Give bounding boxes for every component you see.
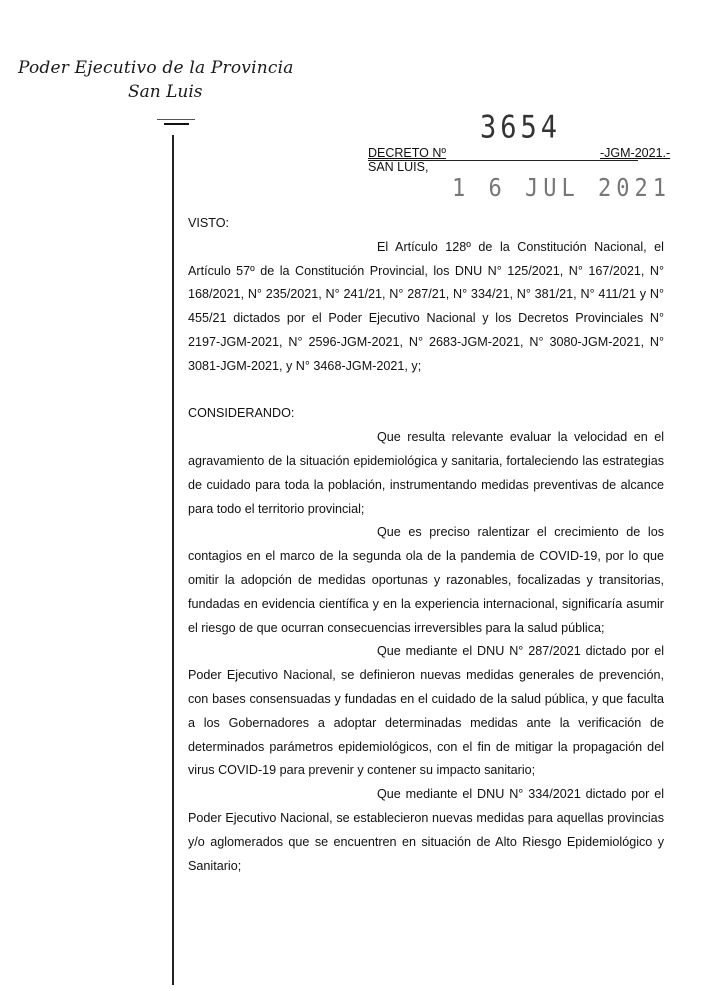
decree-suffix: -JGM-2021.-: [600, 146, 670, 160]
letterhead-subtitle: San Luis: [128, 82, 203, 102]
spacer: [188, 379, 664, 403]
visto-heading: VISTO:: [188, 212, 664, 236]
letterhead-rule: [157, 119, 195, 120]
date-stamp: 1 6 JUL 2021: [452, 174, 671, 203]
decree-number-stamp: 3654: [480, 110, 561, 146]
visto-paragraph: El Artículo 128º de la Constitución Naci…: [188, 236, 664, 379]
considerando-paragraph: Que mediante el DNU N° 334/2021 dictado …: [188, 783, 664, 878]
considerando-paragraph: Que resulta relevante evaluar la velocid…: [188, 426, 664, 521]
considerando-heading: CONSIDERANDO:: [188, 402, 664, 426]
city-label: SAN LUIS,: [368, 160, 428, 174]
considerando-paragraph: Que mediante el DNU N° 287/2021 dictado …: [188, 640, 664, 783]
document-body: VISTO: El Artículo 128º de la Constituci…: [188, 212, 664, 878]
letterhead-title: Poder Ejecutivo de la Provincia: [18, 58, 294, 78]
decree-label: DECRETO Nº: [368, 146, 446, 160]
margin-line: [172, 135, 174, 985]
letterhead-rule: [164, 123, 189, 125]
considerando-paragraph: Que es preciso ralentizar el crecimiento…: [188, 521, 664, 640]
